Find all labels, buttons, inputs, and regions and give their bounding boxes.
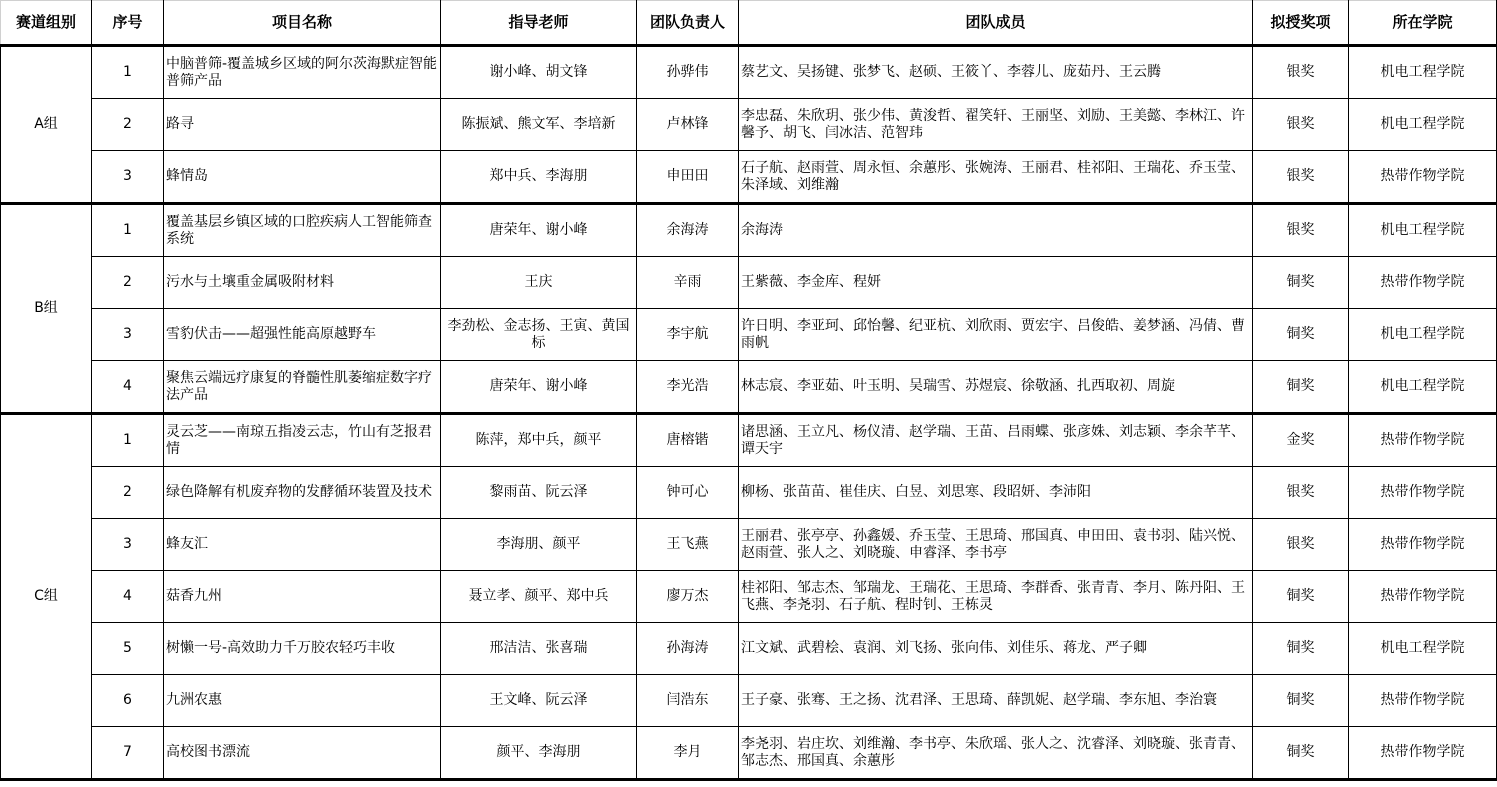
cell-no[interactable]: 2 bbox=[92, 99, 164, 151]
cell-advisor[interactable]: 唐荣年、谢小峰 bbox=[441, 361, 637, 414]
cell-award[interactable]: 银奖 bbox=[1253, 151, 1349, 204]
cell-members[interactable]: 石子航、赵雨萱、周永恒、余蕙彤、张婉涛、王丽君、桂祁阳、王瑞花、乔玉莹、朱泽域、… bbox=[739, 151, 1253, 204]
cell-leader[interactable]: 李月 bbox=[637, 727, 739, 780]
table-body: A组1中脑普筛-覆盖城乡区域的阿尔茨海默症智能普筛产品谢小峰、胡文锋孙骅伟蔡艺文… bbox=[1, 46, 1497, 780]
cell-college[interactable]: 热带作物学院 bbox=[1349, 151, 1497, 204]
cell-advisor[interactable]: 陈萍，郑中兵，颜平 bbox=[441, 414, 637, 467]
cell-college[interactable]: 机电工程学院 bbox=[1349, 309, 1497, 361]
table-row: A组1中脑普筛-覆盖城乡区域的阿尔茨海默症智能普筛产品谢小峰、胡文锋孙骅伟蔡艺文… bbox=[1, 46, 1497, 99]
cell-advisor[interactable]: 唐荣年、谢小峰 bbox=[441, 204, 637, 257]
cell-members[interactable]: 王紫薇、李金库、程妍 bbox=[739, 257, 1253, 309]
cell-award[interactable]: 金奖 bbox=[1253, 414, 1349, 467]
cell-project[interactable]: 路寻 bbox=[164, 99, 441, 151]
cell-project[interactable]: 九洲农惠 bbox=[164, 675, 441, 727]
cell-project[interactable]: 聚焦云端远疗康复的脊髓性肌萎缩症数字疗法产品 bbox=[164, 361, 441, 414]
cell-award[interactable]: 铜奖 bbox=[1253, 727, 1349, 780]
cell-college[interactable]: 热带作物学院 bbox=[1349, 467, 1497, 519]
table-row: 5树懒一号-高效助力千万胶农轻巧丰收邢洁洁、张喜瑞孙海涛江文斌、武碧桧、袁润、刘… bbox=[1, 623, 1497, 675]
cell-project[interactable]: 覆盖基层乡镇区域的口腔疾病人工智能筛查系统 bbox=[164, 204, 441, 257]
cell-advisor[interactable]: 李海朋、颜平 bbox=[441, 519, 637, 571]
cell-advisor[interactable]: 王庆 bbox=[441, 257, 637, 309]
cell-advisor[interactable]: 王文峰、阮云泽 bbox=[441, 675, 637, 727]
cell-members[interactable]: 江文斌、武碧桧、袁润、刘飞扬、张向伟、刘佳乐、蒋龙、严子卿 bbox=[739, 623, 1253, 675]
cell-award[interactable]: 银奖 bbox=[1253, 519, 1349, 571]
cell-leader[interactable]: 钟可心 bbox=[637, 467, 739, 519]
cell-no[interactable]: 5 bbox=[92, 623, 164, 675]
cell-members[interactable]: 王丽君、张亭亭、孙鑫媛、乔玉莹、王思琦、邢国真、申田田、袁书羽、陆兴悦、赵雨萱、… bbox=[739, 519, 1253, 571]
cell-college[interactable]: 机电工程学院 bbox=[1349, 361, 1497, 414]
table-row: 3蜂情岛郑中兵、李海朋申田田石子航、赵雨萱、周永恒、余蕙彤、张婉涛、王丽君、桂祁… bbox=[1, 151, 1497, 204]
cell-leader[interactable]: 闫浩东 bbox=[637, 675, 739, 727]
cell-college[interactable]: 热带作物学院 bbox=[1349, 727, 1497, 780]
cell-advisor[interactable]: 邢洁洁、张喜瑞 bbox=[441, 623, 637, 675]
cell-no[interactable]: 4 bbox=[92, 361, 164, 414]
cell-advisor[interactable]: 谢小峰、胡文锋 bbox=[441, 46, 637, 99]
group-cell[interactable]: C组 bbox=[1, 414, 92, 780]
header-group[interactable]: 赛道组别 bbox=[1, 1, 92, 46]
cell-project[interactable]: 污水与土壤重金属吸附材料 bbox=[164, 257, 441, 309]
cell-award[interactable]: 银奖 bbox=[1253, 467, 1349, 519]
cell-project[interactable]: 中脑普筛-覆盖城乡区域的阿尔茨海默症智能普筛产品 bbox=[164, 46, 441, 99]
table-row: 2路寻陈振斌、熊文军、李培新卢林锋李忠磊、朱欣玥、张少伟、黄浚哲、翟笑轩、王丽坚… bbox=[1, 99, 1497, 151]
group-cell[interactable]: B组 bbox=[1, 204, 92, 414]
cell-award[interactable]: 银奖 bbox=[1253, 99, 1349, 151]
header-members[interactable]: 团队成员 bbox=[739, 1, 1253, 46]
cell-members[interactable]: 桂祁阳、邹志杰、邹瑞龙、王瑞花、王思琦、李群香、张青青、李月、陈丹阳、王飞燕、李… bbox=[739, 571, 1253, 623]
cell-members[interactable]: 余海涛 bbox=[739, 204, 1253, 257]
cell-project[interactable]: 蜂情岛 bbox=[164, 151, 441, 204]
cell-project[interactable]: 蜂友汇 bbox=[164, 519, 441, 571]
cell-members[interactable]: 许日明、李亚珂、邱怡馨、纪亚杭、刘欣雨、贾宏宇、吕俊皓、姜梦涵、冯倩、曹雨帆 bbox=[739, 309, 1253, 361]
cell-project[interactable]: 菇香九州 bbox=[164, 571, 441, 623]
cell-no[interactable]: 1 bbox=[92, 204, 164, 257]
cell-advisor[interactable]: 颜平、李海朋 bbox=[441, 727, 637, 780]
cell-no[interactable]: 4 bbox=[92, 571, 164, 623]
cell-members[interactable]: 王子豪、张骞、王之扬、沈君泽、王思琦、薛凯妮、赵学瑞、李东旭、李治寰 bbox=[739, 675, 1253, 727]
cell-project[interactable]: 高校图书漂流 bbox=[164, 727, 441, 780]
cell-leader[interactable]: 唐榕锴 bbox=[637, 414, 739, 467]
cell-no[interactable]: 2 bbox=[92, 257, 164, 309]
header-college[interactable]: 所在学院 bbox=[1349, 1, 1497, 46]
cell-project[interactable]: 树懒一号-高效助力千万胶农轻巧丰收 bbox=[164, 623, 441, 675]
cell-leader[interactable]: 余海涛 bbox=[637, 204, 739, 257]
cell-project[interactable]: 雪豹伏击——超强性能高原越野车 bbox=[164, 309, 441, 361]
table-row: 3雪豹伏击——超强性能高原越野车李劲松、金志扬、王寅、黄国标李宇航许日明、李亚珂… bbox=[1, 309, 1497, 361]
table-row: 2绿色降解有机废弃物的发酵循环装置及技术黎雨苗、阮云泽钟可心柳杨、张苗苗、崔佳庆… bbox=[1, 467, 1497, 519]
cell-college[interactable]: 热带作物学院 bbox=[1349, 519, 1497, 571]
group-cell[interactable]: A组 bbox=[1, 46, 92, 204]
cell-college[interactable]: 热带作物学院 bbox=[1349, 571, 1497, 623]
cell-no[interactable]: 3 bbox=[92, 309, 164, 361]
header-row: 赛道组别 序号 项目名称 指导老师 团队负责人 团队成员 拟授奖项 所在学院 bbox=[1, 1, 1497, 46]
table-row: 4菇香九州聂立孝、颜平、郑中兵廖万杰桂祁阳、邹志杰、邹瑞龙、王瑞花、王思琦、李群… bbox=[1, 571, 1497, 623]
cell-award[interactable]: 铜奖 bbox=[1253, 623, 1349, 675]
header-leader[interactable]: 团队负责人 bbox=[637, 1, 739, 46]
cell-leader[interactable]: 王飞燕 bbox=[637, 519, 739, 571]
cell-no[interactable]: 3 bbox=[92, 151, 164, 204]
header-advisor[interactable]: 指导老师 bbox=[441, 1, 637, 46]
cell-college[interactable]: 机电工程学院 bbox=[1349, 99, 1497, 151]
cell-leader[interactable]: 卢林锋 bbox=[637, 99, 739, 151]
cell-award[interactable]: 铜奖 bbox=[1253, 675, 1349, 727]
cell-advisor[interactable]: 黎雨苗、阮云泽 bbox=[441, 467, 637, 519]
cell-leader[interactable]: 廖万杰 bbox=[637, 571, 739, 623]
cell-members[interactable]: 李尧羽、岩庄坎、刘维瀚、李书亭、朱欣瑶、张人之、沈睿泽、刘晓璇、张青青、邹志杰、… bbox=[739, 727, 1253, 780]
cell-no[interactable]: 7 bbox=[92, 727, 164, 780]
cell-college[interactable]: 热带作物学院 bbox=[1349, 414, 1497, 467]
cell-advisor[interactable]: 李劲松、金志扬、王寅、黄国标 bbox=[441, 309, 637, 361]
cell-college[interactable]: 机电工程学院 bbox=[1349, 46, 1497, 99]
cell-project[interactable]: 灵云芝——南琼五指凌云志，竹山有芝报君情 bbox=[164, 414, 441, 467]
cell-project[interactable]: 绿色降解有机废弃物的发酵循环装置及技术 bbox=[164, 467, 441, 519]
cell-college[interactable]: 热带作物学院 bbox=[1349, 257, 1497, 309]
cell-no[interactable]: 2 bbox=[92, 467, 164, 519]
header-no[interactable]: 序号 bbox=[92, 1, 164, 46]
cell-leader[interactable]: 申田田 bbox=[637, 151, 739, 204]
cell-members[interactable]: 诸思涵、王立凡、杨仪清、赵学瑞、王苗、吕雨蝶、张彦姝、刘志颖、李余芊芊、谭天宇 bbox=[739, 414, 1253, 467]
cell-leader[interactable]: 李宇航 bbox=[637, 309, 739, 361]
cell-award[interactable]: 银奖 bbox=[1253, 46, 1349, 99]
cell-members[interactable]: 李忠磊、朱欣玥、张少伟、黄浚哲、翟笑轩、王丽坚、刘励、王美懿、李林江、许馨予、胡… bbox=[739, 99, 1253, 151]
cell-leader[interactable]: 孙骅伟 bbox=[637, 46, 739, 99]
cell-no[interactable]: 1 bbox=[92, 414, 164, 467]
table-row: 2污水与土壤重金属吸附材料王庆辛雨王紫薇、李金库、程妍铜奖热带作物学院 bbox=[1, 257, 1497, 309]
cell-award[interactable]: 银奖 bbox=[1253, 204, 1349, 257]
cell-college[interactable]: 热带作物学院 bbox=[1349, 675, 1497, 727]
cell-advisor[interactable]: 郑中兵、李海朋 bbox=[441, 151, 637, 204]
cell-advisor[interactable]: 聂立孝、颜平、郑中兵 bbox=[441, 571, 637, 623]
cell-members[interactable]: 林志宸、李亚茹、叶玉明、吴瑞雪、苏煜宸、徐敬涵、扎西取初、周旋 bbox=[739, 361, 1253, 414]
header-project[interactable]: 项目名称 bbox=[164, 1, 441, 46]
table-row: B组1覆盖基层乡镇区域的口腔疾病人工智能筛查系统唐荣年、谢小峰余海涛余海涛银奖机… bbox=[1, 204, 1497, 257]
cell-award[interactable]: 铜奖 bbox=[1253, 361, 1349, 414]
cell-no[interactable]: 3 bbox=[92, 519, 164, 571]
table-row: 7高校图书漂流颜平、李海朋李月李尧羽、岩庄坎、刘维瀚、李书亭、朱欣瑶、张人之、沈… bbox=[1, 727, 1497, 780]
cell-leader[interactable]: 李光浩 bbox=[637, 361, 739, 414]
cell-advisor[interactable]: 陈振斌、熊文军、李培新 bbox=[441, 99, 637, 151]
cell-award[interactable]: 铜奖 bbox=[1253, 571, 1349, 623]
table-row: C组1灵云芝——南琼五指凌云志，竹山有芝报君情陈萍，郑中兵，颜平唐榕锴诸思涵、王… bbox=[1, 414, 1497, 467]
table-row: 6九洲农惠王文峰、阮云泽闫浩东王子豪、张骞、王之扬、沈君泽、王思琦、薛凯妮、赵学… bbox=[1, 675, 1497, 727]
cell-leader[interactable]: 辛雨 bbox=[637, 257, 739, 309]
cell-college[interactable]: 机电工程学院 bbox=[1349, 623, 1497, 675]
cell-award[interactable]: 铜奖 bbox=[1253, 257, 1349, 309]
cell-members[interactable]: 柳杨、张苗苗、崔佳庆、白昱、刘思寒、段昭妍、李沛阳 bbox=[739, 467, 1253, 519]
cell-award[interactable]: 铜奖 bbox=[1253, 309, 1349, 361]
cell-no[interactable]: 1 bbox=[92, 46, 164, 99]
cell-college[interactable]: 机电工程学院 bbox=[1349, 204, 1497, 257]
table-row: 4聚焦云端远疗康复的脊髓性肌萎缩症数字疗法产品唐荣年、谢小峰李光浩林志宸、李亚茹… bbox=[1, 361, 1497, 414]
cell-leader[interactable]: 孙海涛 bbox=[637, 623, 739, 675]
cell-no[interactable]: 6 bbox=[92, 675, 164, 727]
table-row: 3蜂友汇李海朋、颜平王飞燕王丽君、张亭亭、孙鑫媛、乔玉莹、王思琦、邢国真、申田田… bbox=[1, 519, 1497, 571]
cell-members[interactable]: 蔡艺文、吴扬键、张梦飞、赵硕、王筱丫、李蓉儿、庞茹丹、王云腾 bbox=[739, 46, 1253, 99]
awards-table: 赛道组别 序号 项目名称 指导老师 团队负责人 团队成员 拟授奖项 所在学院 A… bbox=[0, 0, 1497, 781]
header-award[interactable]: 拟授奖项 bbox=[1253, 1, 1349, 46]
